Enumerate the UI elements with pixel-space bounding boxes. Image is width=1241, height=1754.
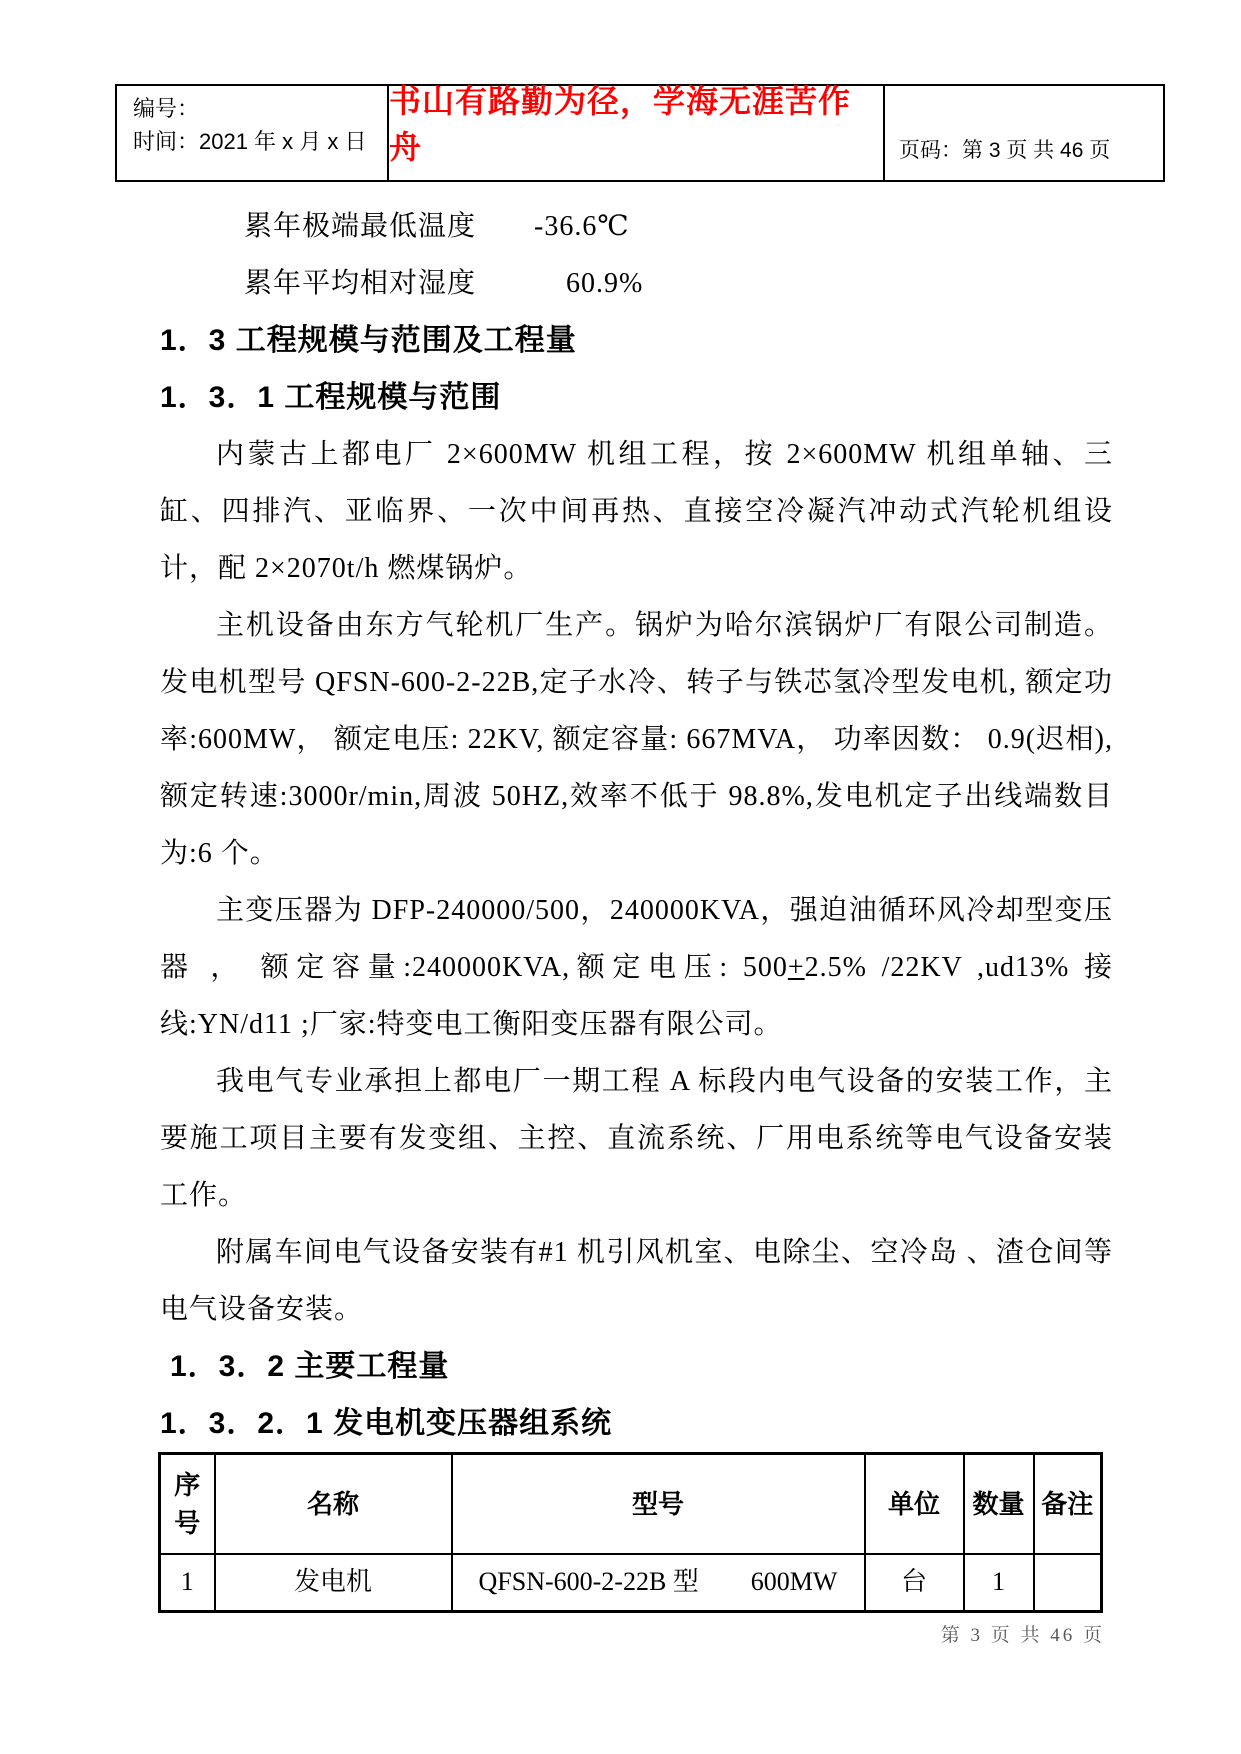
col-header-model: 型号 bbox=[452, 1454, 865, 1554]
col-header-remark: 备注 bbox=[1034, 1454, 1102, 1554]
document-page: 编号： 时间：2021 年 x 月 x 日 书山有路勤为径，学海无涯苦作舟 页码… bbox=[0, 0, 1241, 1754]
cell-remark bbox=[1034, 1554, 1102, 1612]
cell-model: QFSN-600-2-22B 型 600MW bbox=[452, 1554, 865, 1612]
heading-1-3-1: 1．3．1 工程规模与范围 bbox=[160, 369, 1113, 426]
cell-qty: 1 bbox=[964, 1554, 1034, 1612]
col-header-unit: 单位 bbox=[865, 1454, 964, 1554]
spec-value: -36.6℃ bbox=[534, 211, 630, 242]
header-page-cell: 页码：第 3 页 共 46 页 bbox=[885, 86, 1163, 180]
spec-label: 累年平均相对湿度 bbox=[244, 268, 476, 299]
motto-text: 书山有路勤为径，学海无涯苦作舟 bbox=[389, 76, 883, 168]
heading-1-3-2: 1．3．2 主要工程量 bbox=[160, 1338, 1113, 1395]
col-header-qty: 数量 bbox=[964, 1454, 1034, 1554]
col-header-name: 名称 bbox=[215, 1454, 452, 1554]
paragraph-auxiliary-workshops: 附属车间电气设备安装有#1 机引风机室、电除尘、空冷岛 、渣仓间等电气设备安装。 bbox=[160, 1224, 1113, 1338]
heading-1-3: 1．3 工程规模与范围及工程量 bbox=[160, 312, 1113, 369]
paragraph-generator-spec: 主机设备由东方气轮机厂生产。锅炉为哈尔滨锅炉厂有限公司制造。发电机型号 QFSN… bbox=[160, 597, 1113, 882]
generator-transformer-table: 序号 名称 型号 单位 数量 备注 1 发电机 QFSN-600-2-22B 型… bbox=[158, 1452, 1103, 1613]
serial-label: 编号： bbox=[133, 92, 387, 125]
cell-seq: 1 bbox=[160, 1554, 215, 1612]
spec-line-min-temp: 累年极端最低温度-36.6℃ bbox=[160, 198, 1113, 255]
document-header: 编号： 时间：2021 年 x 月 x 日 书山有路勤为径，学海无涯苦作舟 页码… bbox=[115, 84, 1165, 182]
table-row: 1 发电机 QFSN-600-2-22B 型 600MW 台 1 bbox=[160, 1554, 1102, 1612]
cell-unit: 台 bbox=[865, 1554, 964, 1612]
cell-name: 发电机 bbox=[215, 1554, 452, 1612]
header-meta-cell: 编号： 时间：2021 年 x 月 x 日 bbox=[117, 86, 389, 180]
spec-value: 60.9% bbox=[566, 268, 643, 299]
date-label: 时间：2021 年 x 月 x 日 bbox=[133, 125, 387, 158]
header-motto-cell: 书山有路勤为径，学海无涯苦作舟 bbox=[389, 86, 885, 180]
footer-page-info: 第 3 页 共 46 页 bbox=[941, 1620, 1105, 1647]
spec-label: 累年极端最低温度 bbox=[244, 211, 476, 242]
page-number-label: 页码：第 3 页 共 46 页 bbox=[899, 134, 1110, 164]
document-body: 累年极端最低温度-36.6℃ 累年平均相对湿度60.9% 1．3 工程规模与范围… bbox=[160, 198, 1113, 1452]
table-header-row: 序号 名称 型号 单位 数量 备注 bbox=[160, 1454, 1102, 1554]
paragraph-transformer-spec: 主变压器为 DFP-240000/500，240000KVA，强迫油循环风冷却型… bbox=[160, 882, 1113, 1053]
col-header-seq: 序号 bbox=[160, 1454, 215, 1554]
paragraph-scope-of-work: 我电气专业承担上都电厂一期工程 A 标段内电气设备的安装工作，主要施工项目主要有… bbox=[160, 1053, 1113, 1224]
paragraph-unit-design: 内蒙古上都电厂 2×600MW 机组工程，按 2×600MW 机组单轴、三缸、四… bbox=[160, 426, 1113, 597]
spec-line-humidity: 累年平均相对湿度60.9% bbox=[160, 255, 1113, 312]
heading-1-3-2-1: 1．3．2．1 发电机变压器组系统 bbox=[160, 1395, 1113, 1452]
plus-tolerance-mark: + bbox=[788, 952, 805, 983]
